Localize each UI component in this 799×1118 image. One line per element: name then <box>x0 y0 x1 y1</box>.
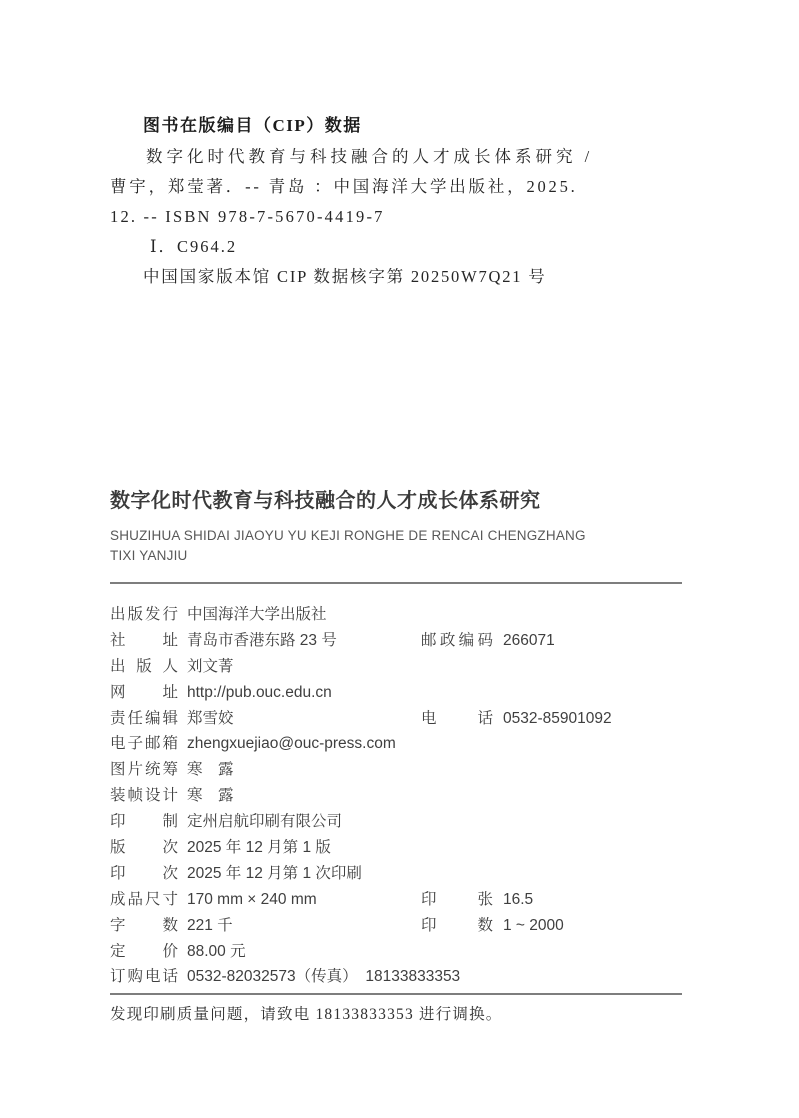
cip-line: 曹宇，郑莹著．-- 青岛 ：中国海洋大学出版社，2025. <box>110 172 630 202</box>
colophon-value: 2025 年 12 月第 1 版 <box>187 839 331 856</box>
colophon-label: 责任编辑 <box>110 706 178 732</box>
cip-line: 中国国家版本馆 CIP 数据核字第 20250W7Q21 号 <box>110 262 630 292</box>
colophon-label: 印次 <box>110 861 178 887</box>
cip-lines: 数字化时代教育与科技融合的人才成长体系研究 /曹宇，郑莹著．-- 青岛 ：中国海… <box>110 142 630 292</box>
colophon-table: 出版发行中国海洋大学出版社社址青岛市香港东路 23 号邮政编码266071出版人… <box>110 602 750 990</box>
cip-line: 12. -- ISBN 978-7-5670-4419-7 <box>110 202 630 232</box>
colophon-value: 定州启航印刷有限公司 <box>187 813 342 830</box>
colophon-value: 刘文菁 <box>187 658 234 675</box>
cip-line: Ⅰ．C964.2 <box>110 232 630 262</box>
colophon-row: 订购电话0532-82032573（传真） 18133833353 <box>110 964 750 990</box>
colophon-row: 定价88.00 元 <box>110 939 750 965</box>
colophon-row: 图片统筹寒 露 <box>110 757 750 783</box>
colophon-row: 网址http://pub.ouc.edu.cn <box>110 680 750 706</box>
colophon-label: 字数 <box>110 913 178 939</box>
colophon-row: 字数221 千印数1 ~ 2000 <box>110 913 750 939</box>
colophon-label: 出版人 <box>110 654 178 680</box>
colophon-row: 出版人刘文菁 <box>110 654 750 680</box>
cip-block: 图书在版编目（CIP）数据 数字化时代教育与科技融合的人才成长体系研究 /曹宇，… <box>110 110 630 292</box>
colophon-row: 电子邮箱zhengxuejiao@ouc-press.com <box>110 731 750 757</box>
colophon-value: 170 mm × 240 mm <box>187 891 317 908</box>
colophon-label: 成品尺寸 <box>110 887 178 913</box>
colophon-value: 寒 露 <box>187 761 234 778</box>
colophon-right-label: 印张 <box>421 887 493 913</box>
colophon-right-group: 邮政编码266071 <box>421 628 555 654</box>
colophon-value: 0532-82032573（传真） 18133833353 <box>187 968 460 985</box>
colophon-label: 网址 <box>110 680 178 706</box>
colophon-row: 责任编辑郑雪姣电话0532-85901092 <box>110 706 750 732</box>
colophon-right-group: 印张16.5 <box>421 887 533 913</box>
pinyin-line-2: TIXI YANJIU <box>110 546 710 566</box>
colophon-row: 成品尺寸170 mm × 240 mm印张16.5 <box>110 887 750 913</box>
pinyin-line-1: SHUZIHUA SHIDAI JIAOYU YU KEJI RONGHE DE… <box>110 526 710 546</box>
colophon-right-value: 1 ~ 2000 <box>503 917 564 934</box>
colophon-label: 定价 <box>110 939 178 965</box>
colophon-value: 青岛市香港东路 23 号 <box>187 632 337 649</box>
divider-top <box>110 582 682 584</box>
colophon-value: 中国海洋大学出版社 <box>187 606 327 623</box>
colophon-label: 图片统筹 <box>110 757 178 783</box>
colophon-label: 社址 <box>110 628 178 654</box>
colophon-value: zhengxuejiao@ouc-press.com <box>187 735 396 752</box>
colophon-right-label: 印数 <box>421 913 493 939</box>
colophon-row: 出版发行中国海洋大学出版社 <box>110 602 750 628</box>
title-block: 数字化时代教育与科技融合的人才成长体系研究 SHUZIHUA SHIDAI JI… <box>110 489 710 566</box>
colophon-label: 出版发行 <box>110 602 178 628</box>
copyright-page: 图书在版编目（CIP）数据 数字化时代教育与科技融合的人才成长体系研究 /曹宇，… <box>0 0 799 1118</box>
colophon-right-group: 电话0532-85901092 <box>421 706 612 732</box>
colophon-label: 印制 <box>110 809 178 835</box>
book-title: 数字化时代教育与科技融合的人才成长体系研究 <box>110 489 710 514</box>
colophon-label: 订购电话 <box>110 964 178 990</box>
cip-line: 数字化时代教育与科技融合的人才成长体系研究 / <box>110 142 630 172</box>
colophon-row: 装帧设计寒 露 <box>110 783 750 809</box>
colophon-row: 社址青岛市香港东路 23 号邮政编码266071 <box>110 628 750 654</box>
colophon-row: 印制定州启航印刷有限公司 <box>110 809 750 835</box>
divider-bottom <box>110 993 682 995</box>
colophon-value: 郑雪姣 <box>187 710 234 727</box>
colophon-value: http://pub.ouc.edu.cn <box>187 684 332 701</box>
colophon-row: 版次2025 年 12 月第 1 版 <box>110 835 750 861</box>
colophon-label: 电子邮箱 <box>110 731 178 757</box>
colophon-right-value: 16.5 <box>503 891 533 908</box>
colophon-label: 版次 <box>110 835 178 861</box>
book-title-pinyin: SHUZIHUA SHIDAI JIAOYU YU KEJI RONGHE DE… <box>110 526 710 566</box>
quality-notice: 发现印刷质量问题，请致电 18133833353 进行调换。 <box>110 1003 503 1027</box>
colophon-right-label: 电话 <box>421 706 493 732</box>
colophon-value: 221 千 <box>187 917 233 934</box>
colophon-label: 装帧设计 <box>110 783 178 809</box>
colophon-value: 88.00 元 <box>187 943 246 960</box>
colophon-right-label: 邮政编码 <box>421 628 493 654</box>
colophon-right-value: 266071 <box>503 632 555 649</box>
colophon-right-value: 0532-85901092 <box>503 710 612 727</box>
cip-heading: 图书在版编目（CIP）数据 <box>143 110 630 142</box>
colophon-row: 印次2025 年 12 月第 1 次印刷 <box>110 861 750 887</box>
colophon-value: 2025 年 12 月第 1 次印刷 <box>187 865 362 882</box>
colophon-value: 寒 露 <box>187 787 234 804</box>
colophon-right-group: 印数1 ~ 2000 <box>421 913 564 939</box>
